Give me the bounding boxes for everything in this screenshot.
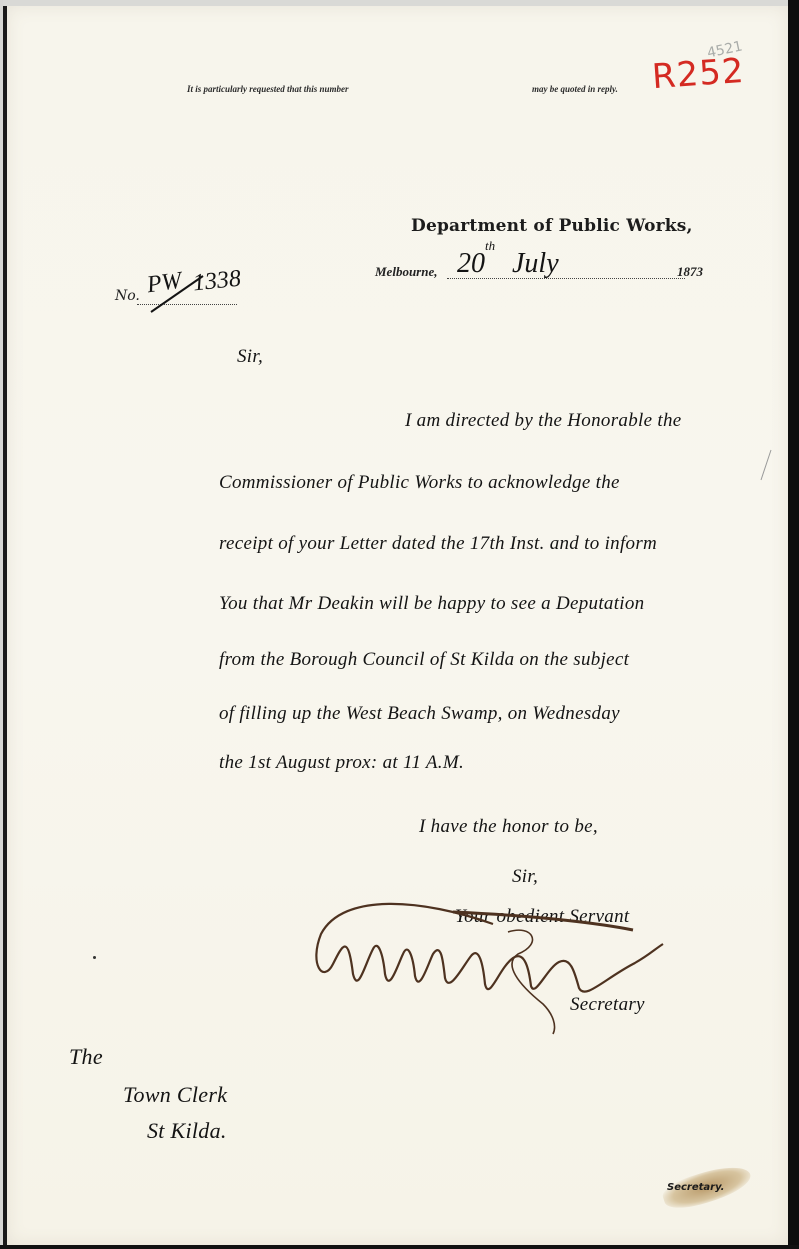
header-note-right: may be quoted in reply.	[532, 84, 618, 94]
date-month: July	[512, 248, 559, 280]
scan-edge-bottom	[0, 1245, 799, 1249]
date-day-suffix: th	[485, 238, 495, 254]
addressee-line-3: St Kilda.	[147, 1118, 227, 1144]
red-reference-number: R252	[651, 51, 746, 97]
department-heading: Department of Public Works,	[411, 216, 693, 236]
letter-page: It is particularly requested that this n…	[7, 6, 788, 1245]
body-line-6: of filling up the West Beach Swamp, on W…	[219, 703, 620, 725]
salutation: Sir,	[237, 346, 263, 368]
secretary-stamp: Secretary.	[667, 1182, 725, 1193]
number-label: No.	[115, 288, 140, 304]
ink-dot	[93, 956, 96, 959]
closing-sir: Sir,	[512, 866, 538, 888]
closing-honor: I have the honor to be,	[419, 816, 598, 838]
body-line-1: I am directed by the Honorable the	[405, 410, 681, 432]
date-year: 1873	[677, 264, 703, 280]
number-main: 1338	[192, 266, 243, 298]
body-line-2: Commissioner of Public Works to acknowle…	[219, 472, 620, 494]
date-day: 20	[457, 248, 485, 280]
addressee-line-1: The	[69, 1044, 103, 1070]
body-line-5: from the Borough Council of St Kilda on …	[219, 649, 629, 671]
secretary-signature	[303, 894, 683, 1044]
body-line-4: You that Mr Deakin will be happy to see …	[219, 593, 644, 615]
body-line-7: the 1st August prox: at 11 A.M.	[219, 752, 464, 774]
addressee-line-2: Town Clerk	[123, 1082, 227, 1108]
scan-edge-left	[0, 0, 3, 1249]
pencil-mark	[757, 446, 777, 486]
signatory-title: Secretary	[570, 994, 645, 1016]
place-label: Melbourne,	[375, 264, 437, 280]
body-line-3: receipt of your Letter dated the 17th In…	[219, 533, 657, 555]
header-note-left: It is particularly requested that this n…	[187, 84, 349, 94]
scan-edge-right	[788, 0, 799, 1249]
